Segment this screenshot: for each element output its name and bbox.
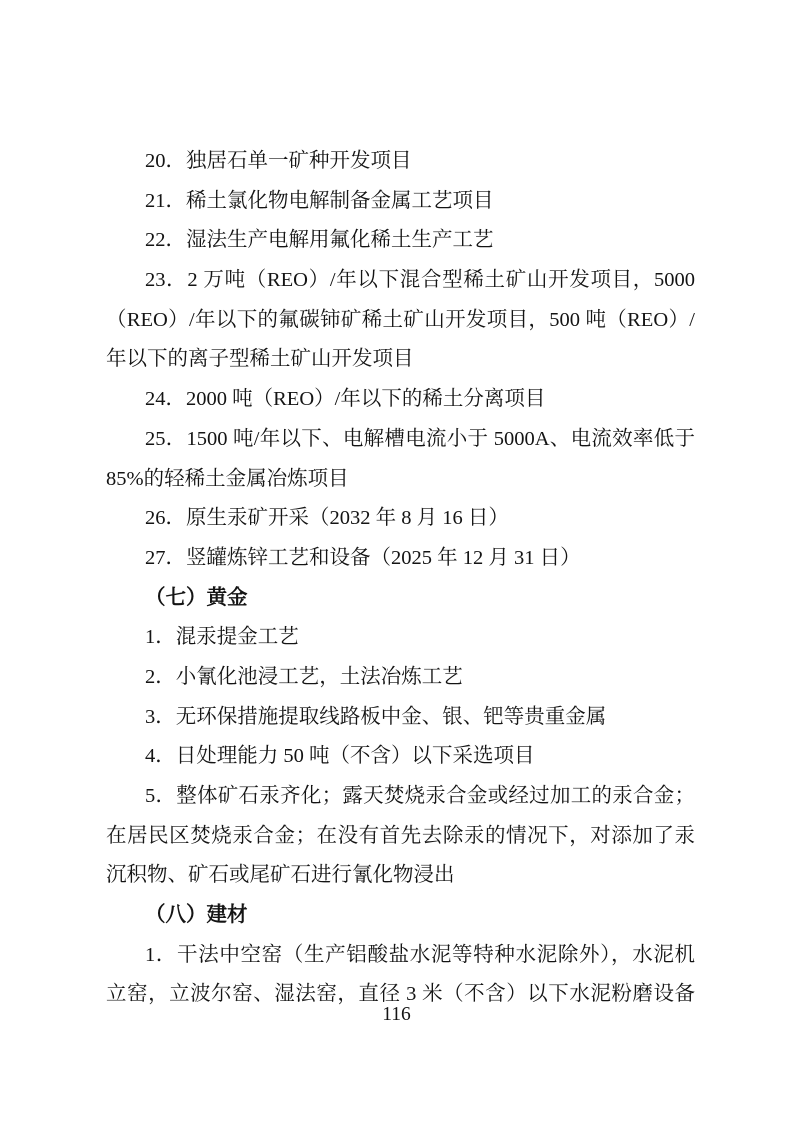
text-line: 4．日处理能力 50 吨（不含）以下采选项目	[106, 737, 695, 777]
document-page: 20．独居石单一矿种开发项目21．稀土氯化物电解制备金属工艺项目22．湿法生产电…	[0, 0, 793, 1122]
text-line: 27．竖罐炼锌工艺和设备（2025 年 12 月 31 日）	[106, 539, 695, 579]
text-line: 沉积物、矿石或尾矿石进行氰化物浸出	[106, 856, 695, 896]
text-line: 23．2 万吨（REO）/年以下混合型稀土矿山开发项目，5000 吨	[106, 261, 695, 301]
text-line: 22．湿法生产电解用氟化稀土生产工艺	[106, 221, 695, 261]
page-number: 116	[0, 1001, 793, 1029]
document-body: 20．独居石单一矿种开发项目21．稀土氯化物电解制备金属工艺项目22．湿法生产电…	[106, 142, 695, 1015]
text-line: 25．1500 吨/年以下、电解槽电流小于 5000A、电流效率低于	[106, 420, 695, 460]
section-heading: （七）黄金	[106, 579, 695, 619]
text-line: 3．无环保措施提取线路板中金、银、钯等贵重金属	[106, 698, 695, 738]
text-line: 26．原生汞矿开采（2032 年 8 月 16 日）	[106, 499, 695, 539]
text-line: 85%的轻稀土金属冶炼项目	[106, 460, 695, 500]
text-line: 1．混汞提金工艺	[106, 618, 695, 658]
text-line: （REO）/年以下的氟碳铈矿稀土矿山开发项目，500 吨（REO）/	[106, 301, 695, 341]
section-heading: （八）建材	[106, 896, 695, 936]
text-line: 20．独居石单一矿种开发项目	[106, 142, 695, 182]
text-line: 1．干法中空窑（生产铝酸盐水泥等特种水泥除外），水泥机	[106, 936, 695, 976]
text-line: 5．整体矿石汞齐化；露天焚烧汞合金或经过加工的汞合金；	[106, 777, 695, 817]
text-line: 21．稀土氯化物电解制备金属工艺项目	[106, 182, 695, 222]
text-line: 在居民区焚烧汞合金；在没有首先去除汞的情况下，对添加了汞的	[106, 817, 695, 857]
text-line: 年以下的离子型稀土矿山开发项目	[106, 340, 695, 380]
text-line: 24．2000 吨（REO）/年以下的稀土分离项目	[106, 380, 695, 420]
text-line: 2．小氰化池浸工艺，土法冶炼工艺	[106, 658, 695, 698]
